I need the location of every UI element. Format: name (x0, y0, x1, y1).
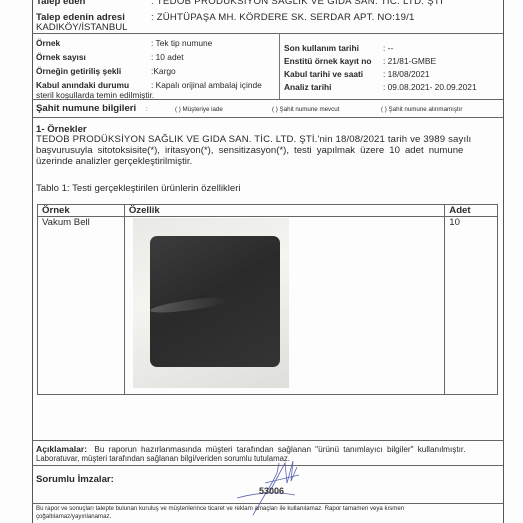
divider (32, 99, 503, 100)
header-sample: Örnek (38, 205, 125, 217)
divider (32, 117, 503, 118)
delivery-method-label: Örneğin getiriliş şekli (36, 66, 121, 76)
cell-count: 10 (445, 217, 498, 395)
registry-no-value: : 21/81-GMBE (383, 56, 436, 66)
analysis-date-value: : 09.08.2021- 20.09.2021 (383, 82, 477, 92)
sample-count-label: Örnek sayısı (36, 52, 86, 62)
header-feature: Özellik (124, 205, 444, 217)
witness-label: Şahit numune bilgileri (36, 103, 136, 114)
table-caption: Tablo 1: Testi gerçekleştirilen ürünleri… (36, 183, 241, 194)
section-paragraph-line2: başvurusuyla sitotoksisite(*), iritasyon… (36, 145, 463, 156)
expiry-value: : -- (383, 43, 393, 53)
header-count: Adet (445, 205, 498, 217)
address-continued: KADIKÖY/İSTANBUL (36, 22, 128, 33)
expiry-label: Son kullanım tarihi (284, 43, 359, 53)
divider (32, 503, 503, 504)
notes-label: Açıklamalar: (36, 444, 87, 454)
witness-colon: : (146, 106, 148, 113)
footer-line1: Bu rapor ve sonuçları talepte bulunan ku… (36, 505, 404, 512)
analysis-date-label: Analiz tarihi (284, 82, 331, 92)
footer-line2: çoğaltılamaz/yayınlanamaz. (36, 513, 111, 520)
address-value: : ZÜHTÜPAŞA MH. KÖRDERE SK. SERDAR APT. … (151, 12, 415, 23)
acceptance-date-label: Kabul tarihi ve saati (284, 69, 363, 79)
divider (32, 33, 503, 34)
condition-value: : Kapalı orijinal ambalaj içinde (151, 80, 262, 90)
cell-sample: Vakum Bell (38, 217, 125, 395)
acceptance-date-value: : 18/08/2021 (383, 69, 430, 79)
sample-count-value: : 10 adet (151, 52, 184, 62)
requester-value: : TEDOB PRODÜKSİYON SAĞLIK VE GIDA SAN. … (151, 0, 443, 7)
section-paragraph-line3: üzerinde analizler gerçekleştirilmiştir. (36, 156, 192, 167)
signatures-label: Sorumlu İmzalar: (36, 474, 114, 485)
delivery-method-value: :Kargo (151, 66, 176, 76)
condition-label: Kabul anındaki durumu (36, 80, 129, 90)
section-paragraph-line1: TEDOB PRODÜKSİYON SAĞLIK VE GIDA SAN. Tİ… (36, 134, 471, 145)
table-header-row: Örnek Özellik Adet (38, 205, 498, 217)
registry-no-label: Enstitü örnek kayıt no (284, 56, 372, 66)
sample-value: : Tek tip numune (151, 38, 212, 48)
witness-option-returned[interactable]: ( ) Müşteriye iade (175, 106, 223, 113)
witness-option-available[interactable]: ( ) Şahit numune mevcut (272, 106, 339, 113)
column-divider (279, 33, 280, 99)
requester-label: Talep eden (36, 0, 85, 7)
sample-label: Örnek (36, 38, 60, 48)
stamp-number: 53006 (259, 486, 284, 496)
witness-option-not-taken[interactable]: ( ) Şahit numune alınmamıştır (381, 106, 463, 113)
divider (32, 440, 503, 441)
